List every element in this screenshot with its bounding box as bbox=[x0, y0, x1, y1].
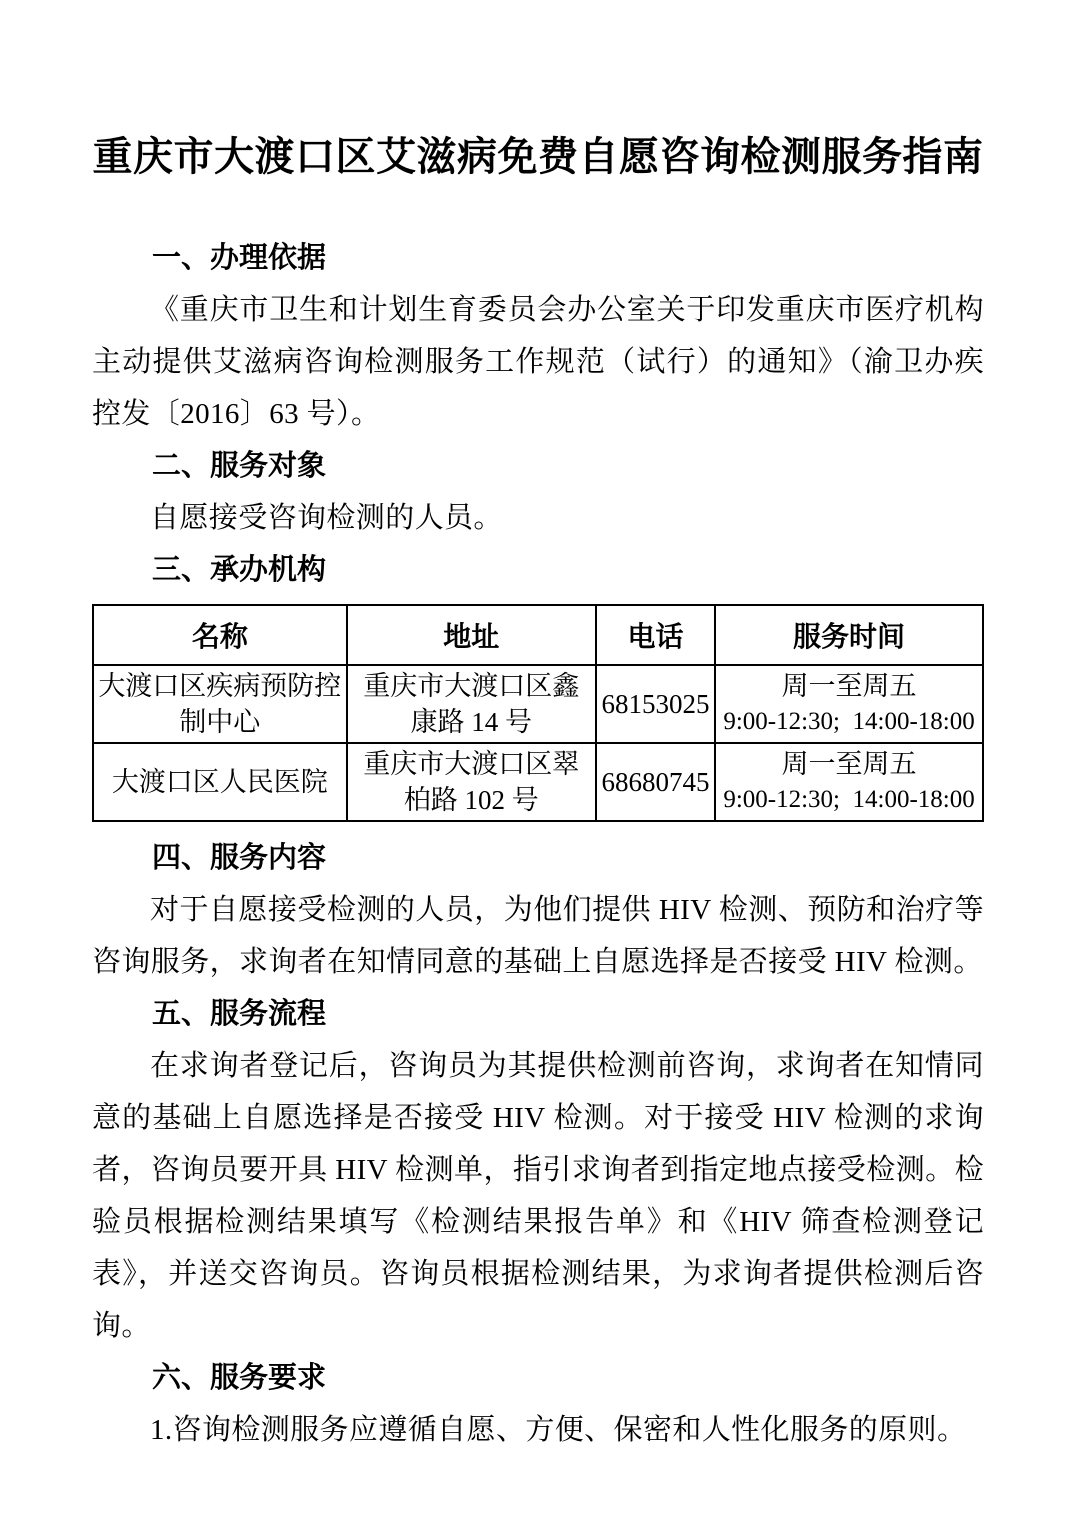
section-5-paragraph: 在求询者登记后，咨询员为其提供检测前咨询，求询者在知情同意的基础上自愿选择是否接… bbox=[92, 1040, 984, 1352]
hours-times: 9:00-12:30; 14:00-18:00 bbox=[720, 782, 978, 818]
section-2-paragraph: 自愿接受咨询检测的人员。 bbox=[92, 492, 984, 544]
table-row: 大渡口区疾病预防控制中心 重庆市大渡口区鑫康路 14 号 68153025 周一… bbox=[93, 665, 983, 743]
institution-address: 重庆市大渡口区鑫康路 14 号 bbox=[347, 665, 596, 743]
institution-name: 大渡口区人民医院 bbox=[93, 743, 347, 821]
section-heading-5: 五、服务流程 bbox=[92, 988, 984, 1040]
section-heading-1: 一、办理依据 bbox=[92, 232, 984, 284]
section-6-paragraph: 1.咨询检测服务应遵循自愿、方便、保密和人性化服务的原则。 bbox=[92, 1404, 984, 1456]
section-heading-2: 二、服务对象 bbox=[92, 440, 984, 492]
document-page: 重庆市大渡口区艾滋病免费自愿咨询检测服务指南 一、办理依据 《重庆市卫生和计划生… bbox=[0, 0, 1074, 1520]
section-heading-6: 六、服务要求 bbox=[92, 1352, 984, 1404]
institution-phone: 68153025 bbox=[596, 665, 715, 743]
section-heading-3: 三、承办机构 bbox=[92, 544, 984, 596]
institution-hours: 周一至周五 9:00-12:30; 14:00-18:00 bbox=[715, 665, 983, 743]
institution-hours: 周一至周五 9:00-12:30; 14:00-18:00 bbox=[715, 743, 983, 821]
table-row: 大渡口区人民医院 重庆市大渡口区翠柏路 102 号 68680745 周一至周五… bbox=[93, 743, 983, 821]
table-header-name: 名称 bbox=[93, 605, 347, 665]
hours-weekdays: 周一至周五 bbox=[720, 746, 978, 782]
institution-name: 大渡口区疾病预防控制中心 bbox=[93, 665, 347, 743]
section-1-paragraph: 《重庆市卫生和计划生育委员会办公室关于印发重庆市医疗机构主动提供艾滋病咨询检测服… bbox=[92, 284, 984, 440]
institution-address: 重庆市大渡口区翠柏路 102 号 bbox=[347, 743, 596, 821]
institutions-table: 名称 地址 电话 服务时间 大渡口区疾病预防控制中心 重庆市大渡口区鑫康路 14… bbox=[92, 604, 984, 822]
section-4-paragraph: 对于自愿接受检测的人员，为他们提供 HIV 检测、预防和治疗等咨询服务，求询者在… bbox=[92, 884, 984, 988]
table-header-hours: 服务时间 bbox=[715, 605, 983, 665]
hours-weekdays: 周一至周五 bbox=[720, 668, 978, 704]
table-header-phone: 电话 bbox=[596, 605, 715, 665]
table-header-address: 地址 bbox=[347, 605, 596, 665]
hours-times: 9:00-12:30; 14:00-18:00 bbox=[720, 704, 978, 740]
table-header-row: 名称 地址 电话 服务时间 bbox=[93, 605, 983, 665]
section-heading-4: 四、服务内容 bbox=[92, 832, 984, 884]
institution-phone: 68680745 bbox=[596, 743, 715, 821]
document-title: 重庆市大渡口区艾滋病免费自愿咨询检测服务指南 bbox=[92, 130, 984, 184]
